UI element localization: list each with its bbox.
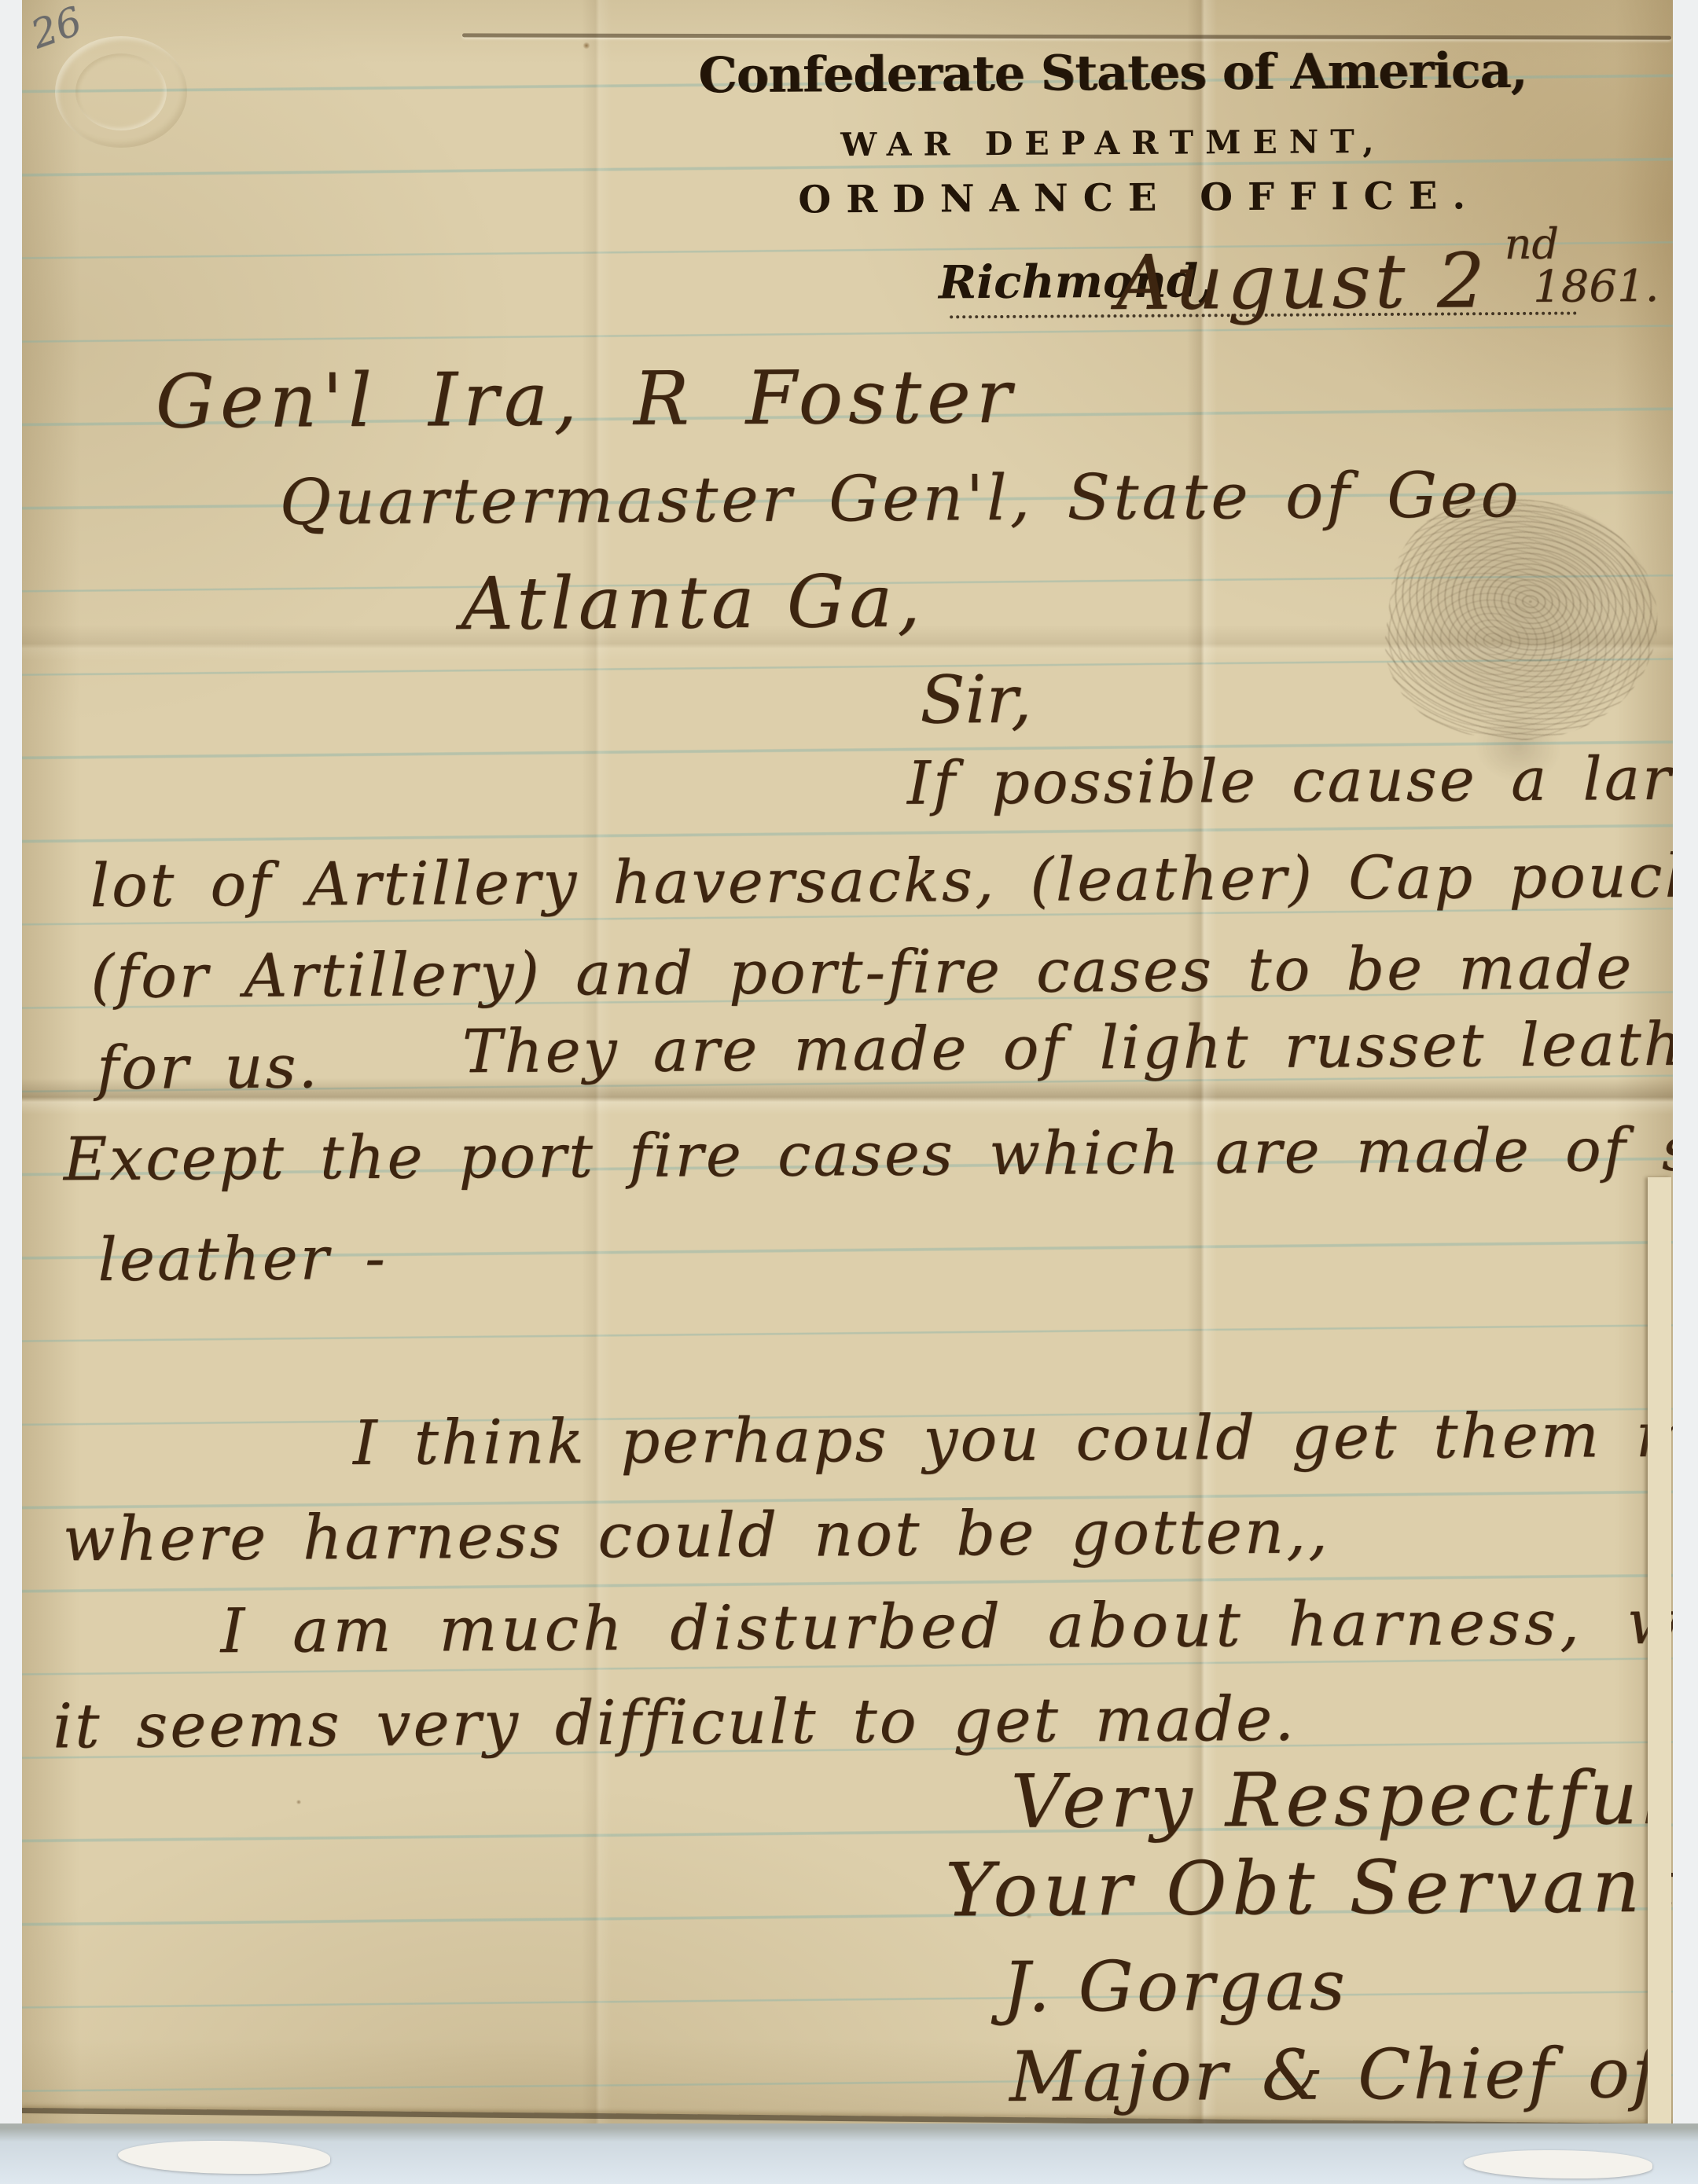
body-line: leather -	[97, 1223, 388, 1294]
scanned-letter: 26 Confederate States of America, WAR DE…	[0, 0, 1698, 2184]
scanner-margin-right	[1673, 0, 1698, 2184]
closing-valediction: Very Respectfully	[1010, 1755, 1698, 1845]
body-line: (for Artillery) and port-fire cases to b…	[90, 932, 1634, 1011]
signature: J. Gorgas	[1002, 1944, 1348, 2028]
second-sheet-edge	[1648, 1177, 1671, 2123]
letterhead-office: ORDNANCE OFFICE.	[798, 174, 1480, 222]
body-line: for us.	[97, 1031, 320, 1103]
body-line: They are made of light russet leather	[462, 1008, 1698, 1086]
letter-page: 26 Confederate States of America, WAR DE…	[22, 0, 1673, 2123]
scanner-margin-left	[0, 0, 22, 2184]
address-recipient-name: Gen'l Ira, R Foster	[156, 354, 1017, 446]
body-line: If possible cause a large	[907, 743, 1698, 818]
body-line: where harness could not be gotten,,	[62, 1496, 1330, 1575]
closing-servant-line: Your Obt Servant	[945, 1844, 1681, 1934]
address-recipient-city: Atlanta Ga,	[461, 560, 925, 647]
body-line: lot of Artillery haversacks, (leather) C…	[90, 840, 1698, 920]
letterhead-department: WAR DEPARTMENT,	[840, 123, 1386, 163]
handwritten-year: 1861.	[1533, 261, 1659, 313]
page-number-pencil: 26	[25, 0, 87, 57]
body-line: I am much disturbed about harness, which	[220, 1587, 1698, 1668]
signature-title: Major & Chief of Ordce	[1009, 2031, 1698, 2117]
body-line: Except the port fire cases which are mad…	[63, 1114, 1698, 1195]
address-recipient-title: Quartermaster Gen'l, State of Geo	[279, 458, 1521, 539]
salutation: Sir,	[920, 661, 1032, 739]
handwritten-date: August 2	[1116, 237, 1490, 327]
body-line: I think perhaps you could get them made	[353, 1400, 1698, 1479]
letterhead-organization: Confederate States of America,	[698, 42, 1527, 104]
letter-content: 26 Confederate States of America, WAR DE…	[16, 0, 1679, 2129]
body-line: it seems very difficult to get made.	[53, 1684, 1296, 1763]
